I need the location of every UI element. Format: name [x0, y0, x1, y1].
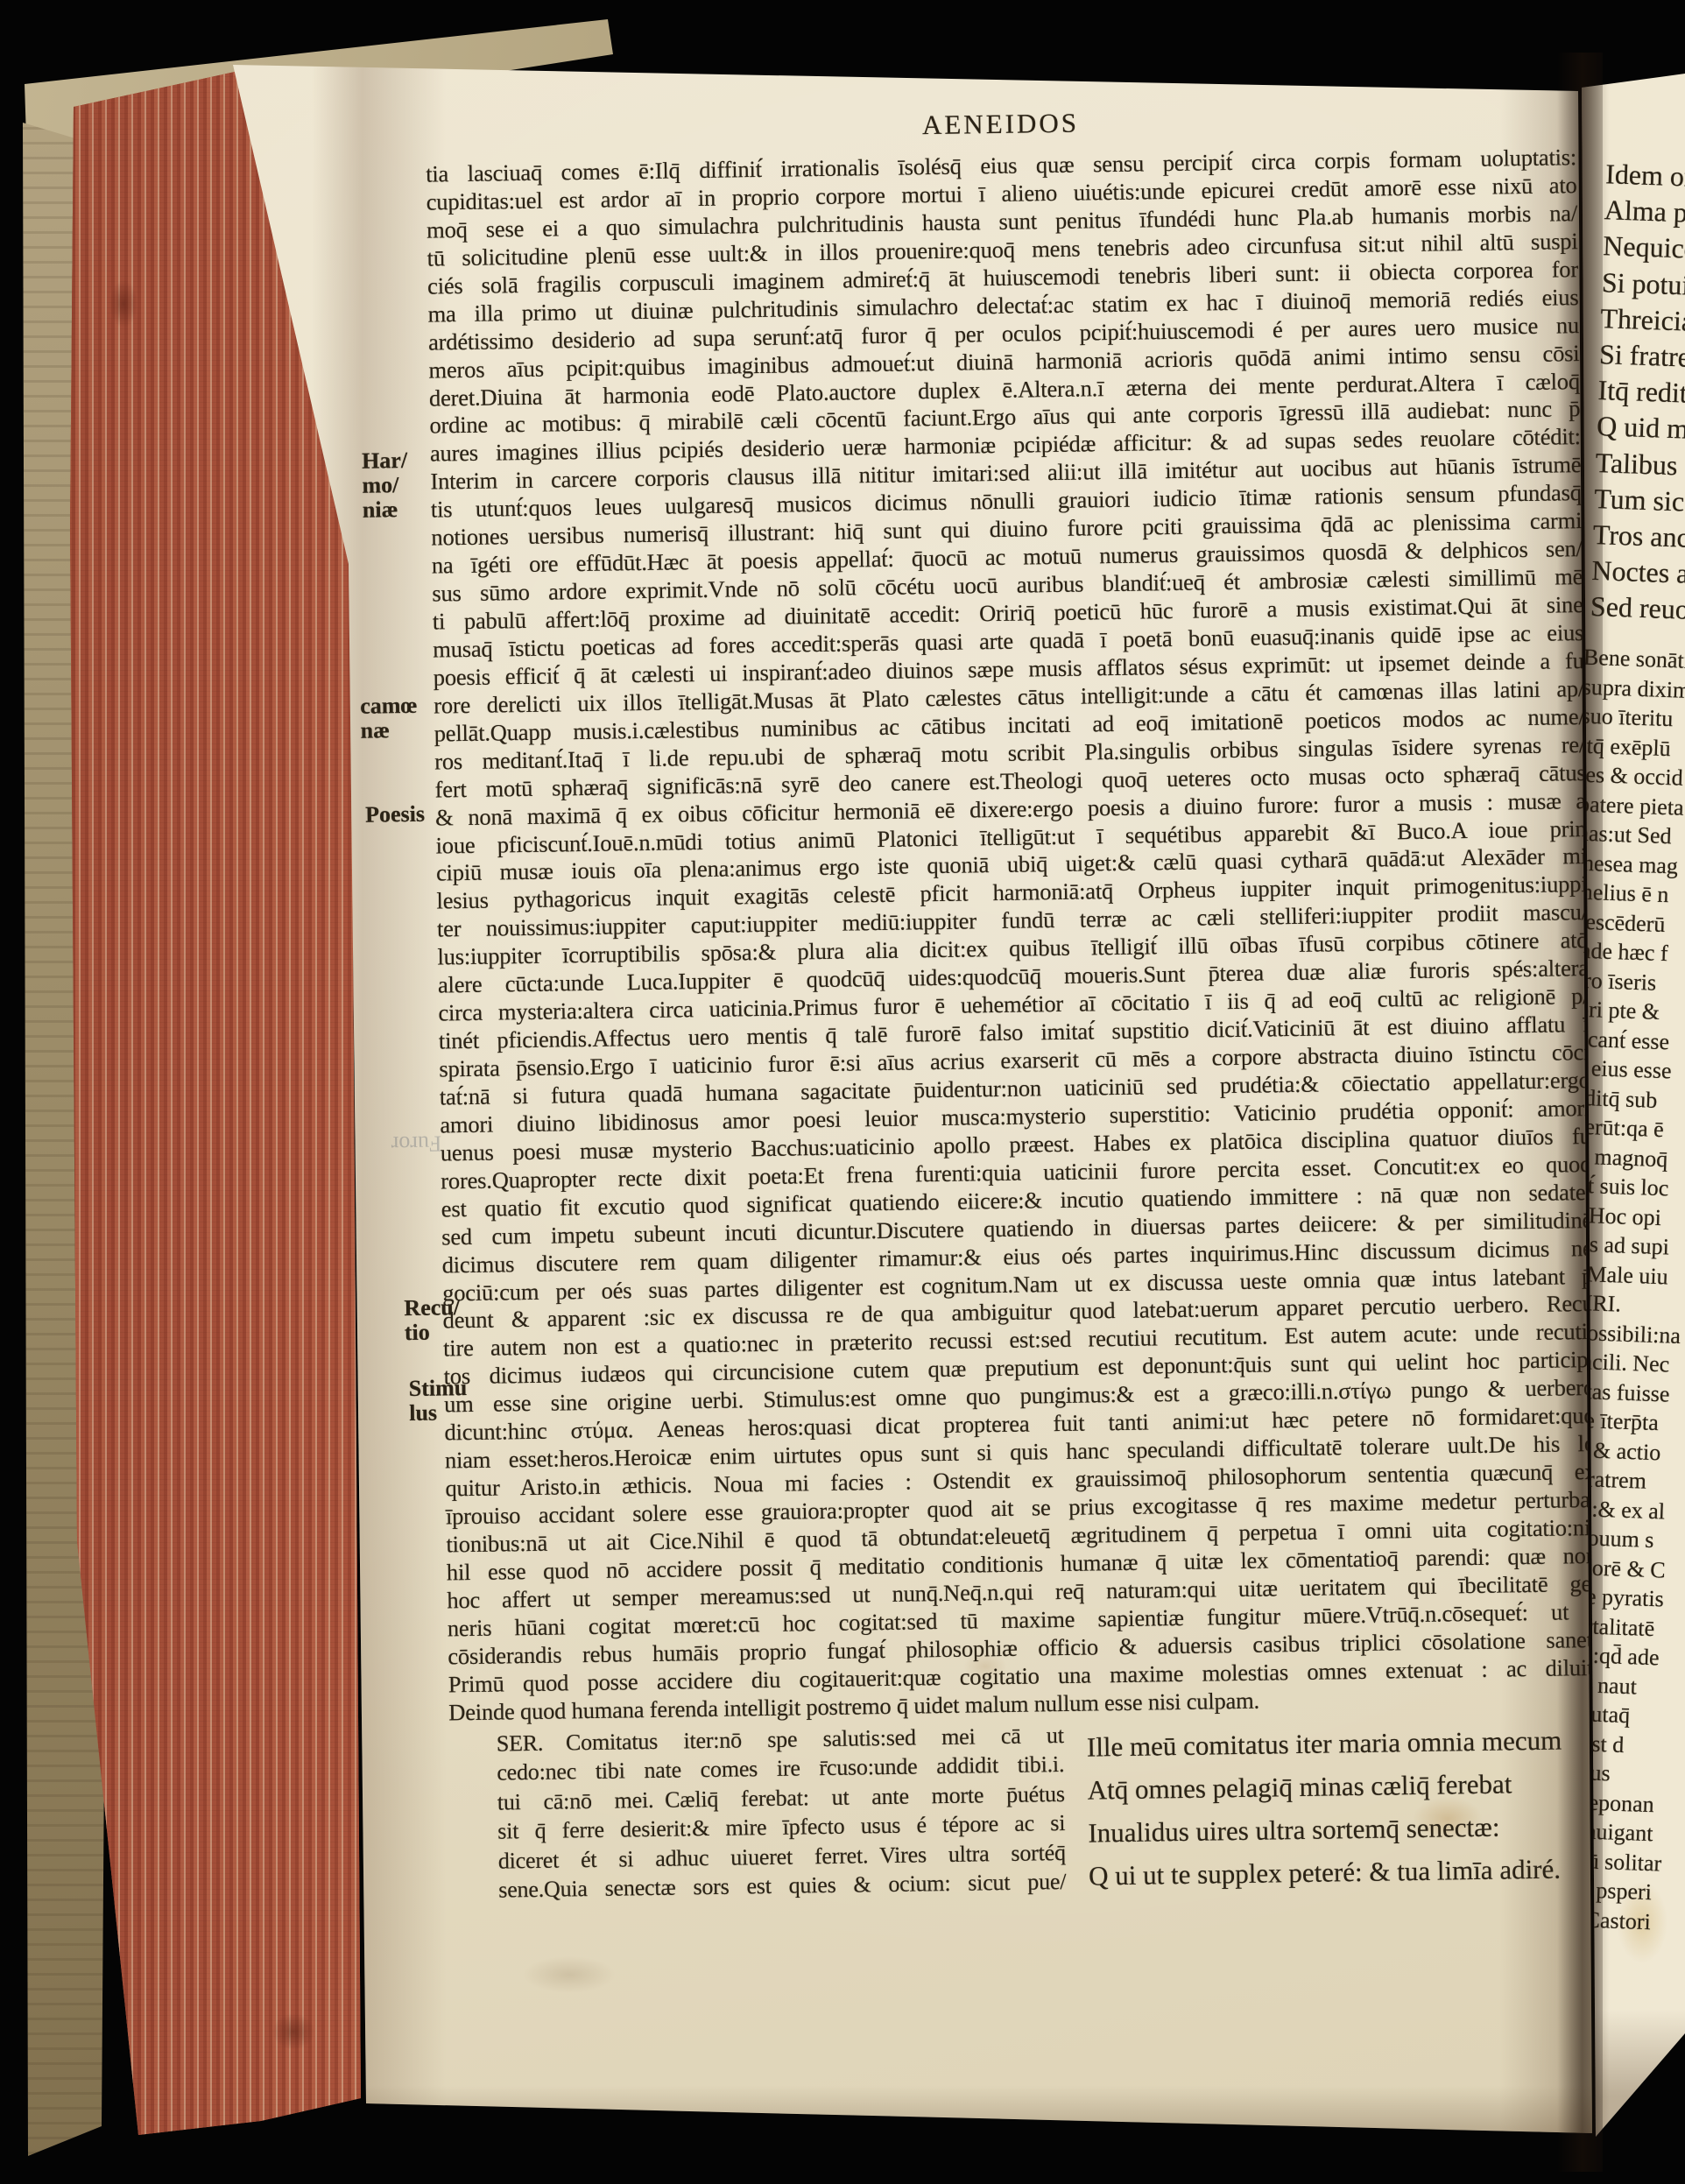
fore-edge-blot [103, 270, 144, 338]
margin-note-line: Stimu [409, 1376, 468, 1401]
verse-line: Ille meū comitatus iter maria omnia mecu… [1087, 1718, 1613, 1769]
verse-line: Q ui ut te supplex peteré: & tua limīa a… [1089, 1847, 1615, 1898]
margin-note-line: Har/ [362, 448, 407, 474]
margin-note-camoenae: camœnæ [360, 694, 418, 743]
margin-note-line: mo/ [362, 473, 407, 498]
sliver-verse-lines: Idem oraAlma prNequicqSi potuitThreiciaS… [1590, 156, 1685, 631]
margin-note-stimulus: Stimulus [409, 1376, 468, 1426]
margin-note-poesis: Poesis [365, 802, 425, 828]
margin-note-furor-ink-offset: Furor [391, 1131, 441, 1156]
fore-edge-blot [263, 2005, 324, 2058]
page-content: AENEIDOS tia lasciuaq̄ comes ē:Ilq̄ diff… [426, 144, 1604, 1999]
verse-text-column: Ille meū comitatus iter maria omnia mecu… [1087, 1718, 1615, 1898]
margin-note-harmoniae: Har/mo/niæ [362, 448, 408, 523]
margin-note-line: Poesis [365, 802, 425, 828]
margin-note-line: lus [409, 1400, 468, 1426]
verse-line-fragment: Sed reuoc [1590, 588, 1685, 631]
margin-note-line: niæ [363, 497, 408, 523]
book-photo: AENEIDOS tia lasciuaq̄ comes ē:Ilq̄ diff… [0, 0, 1685, 2184]
margin-note-line: tio [405, 1320, 461, 1345]
margin-note-recutio: Recu/tio [404, 1295, 460, 1345]
margin-note-line: næ [360, 718, 417, 743]
margin-note-line: Recu/ [404, 1295, 460, 1321]
verse-line: Inualidus uires ultra sortemq̄ senectæ: [1088, 1804, 1614, 1855]
commentary-body: tia lasciuaq̄ comes ē:Ilq̄ diffinit́ irr… [426, 144, 1599, 1727]
verse-line: Atq̄ omnes pelagiq̄ minas cæliq̄ ferebat [1087, 1761, 1613, 1812]
servius-commentary-column: SER. Comitatus iter:nō spe salutis:sed m… [497, 1721, 1067, 1905]
gutter-shadow [1557, 53, 1603, 2172]
margin-note-line: camœ [360, 694, 417, 719]
